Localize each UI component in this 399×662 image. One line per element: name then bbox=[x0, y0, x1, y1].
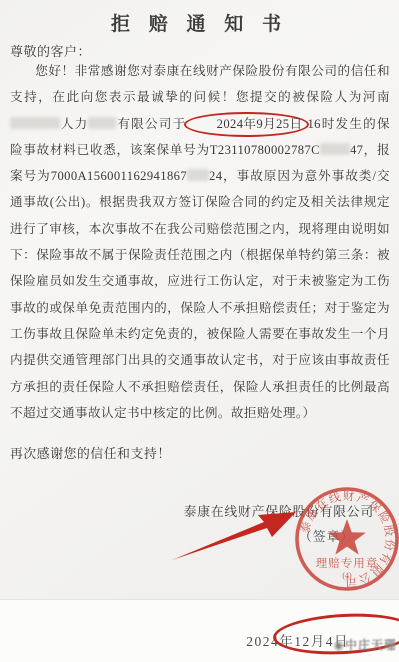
body-segment: 您好！非常感谢您对泰康在线财产保险股份有限公司的信任和支持，在此向您表示最诚挚的… bbox=[10, 64, 390, 104]
redacted-company-name bbox=[88, 117, 116, 129]
seal-star-icon bbox=[328, 519, 366, 555]
letter-title: 拒 赔 通 知 书 bbox=[0, 9, 399, 36]
bottom-strip: 2024年12月4日 ◉中庄天珊 bbox=[0, 599, 399, 662]
watermark-logo-icon: ◉ bbox=[334, 638, 345, 652]
body-segment: 有限公司于 bbox=[116, 117, 186, 131]
seal-label: 理赔专用章 bbox=[316, 556, 379, 570]
watermark: ◉中庄天珊 bbox=[334, 636, 398, 653]
watermark-label: 中庄天珊 bbox=[345, 638, 397, 652]
company-claims-seal: 泰康在线财产保险股份有限公司 理赔专用章 (4) bbox=[291, 483, 399, 595]
redacted-policy-number bbox=[320, 143, 350, 155]
body-segment: 24，事故原因为意外事故类/交通事故(公出)。根据贵我双方签订保险合同的约定及相… bbox=[10, 169, 390, 420]
letter-closing: 再次感谢您的信任和支持！ bbox=[10, 443, 171, 462]
seal-number: (4) bbox=[342, 571, 352, 580]
circled-incident-date: 2024年9月25日 bbox=[184, 112, 309, 137]
redacted-claim-number bbox=[187, 169, 209, 181]
letter-body: 您好！非常感谢您对泰康在线财产保险股份有限公司的信任和支持，在此向您表示最诚挚的… bbox=[10, 58, 390, 426]
redacted-insured-name bbox=[10, 117, 60, 129]
body-segment: 人力 bbox=[60, 117, 88, 131]
screenshot: 拒 赔 通 知 书 尊敬的客户： 您好！非常感谢您对泰康在线财产保险股份有限公司… bbox=[0, 0, 399, 662]
letter-paper: 拒 赔 通 知 书 尊敬的客户： 您好！非常感谢您对泰康在线财产保险股份有限公司… bbox=[0, 0, 399, 599]
red-arrow-annotation-icon bbox=[168, 506, 300, 564]
